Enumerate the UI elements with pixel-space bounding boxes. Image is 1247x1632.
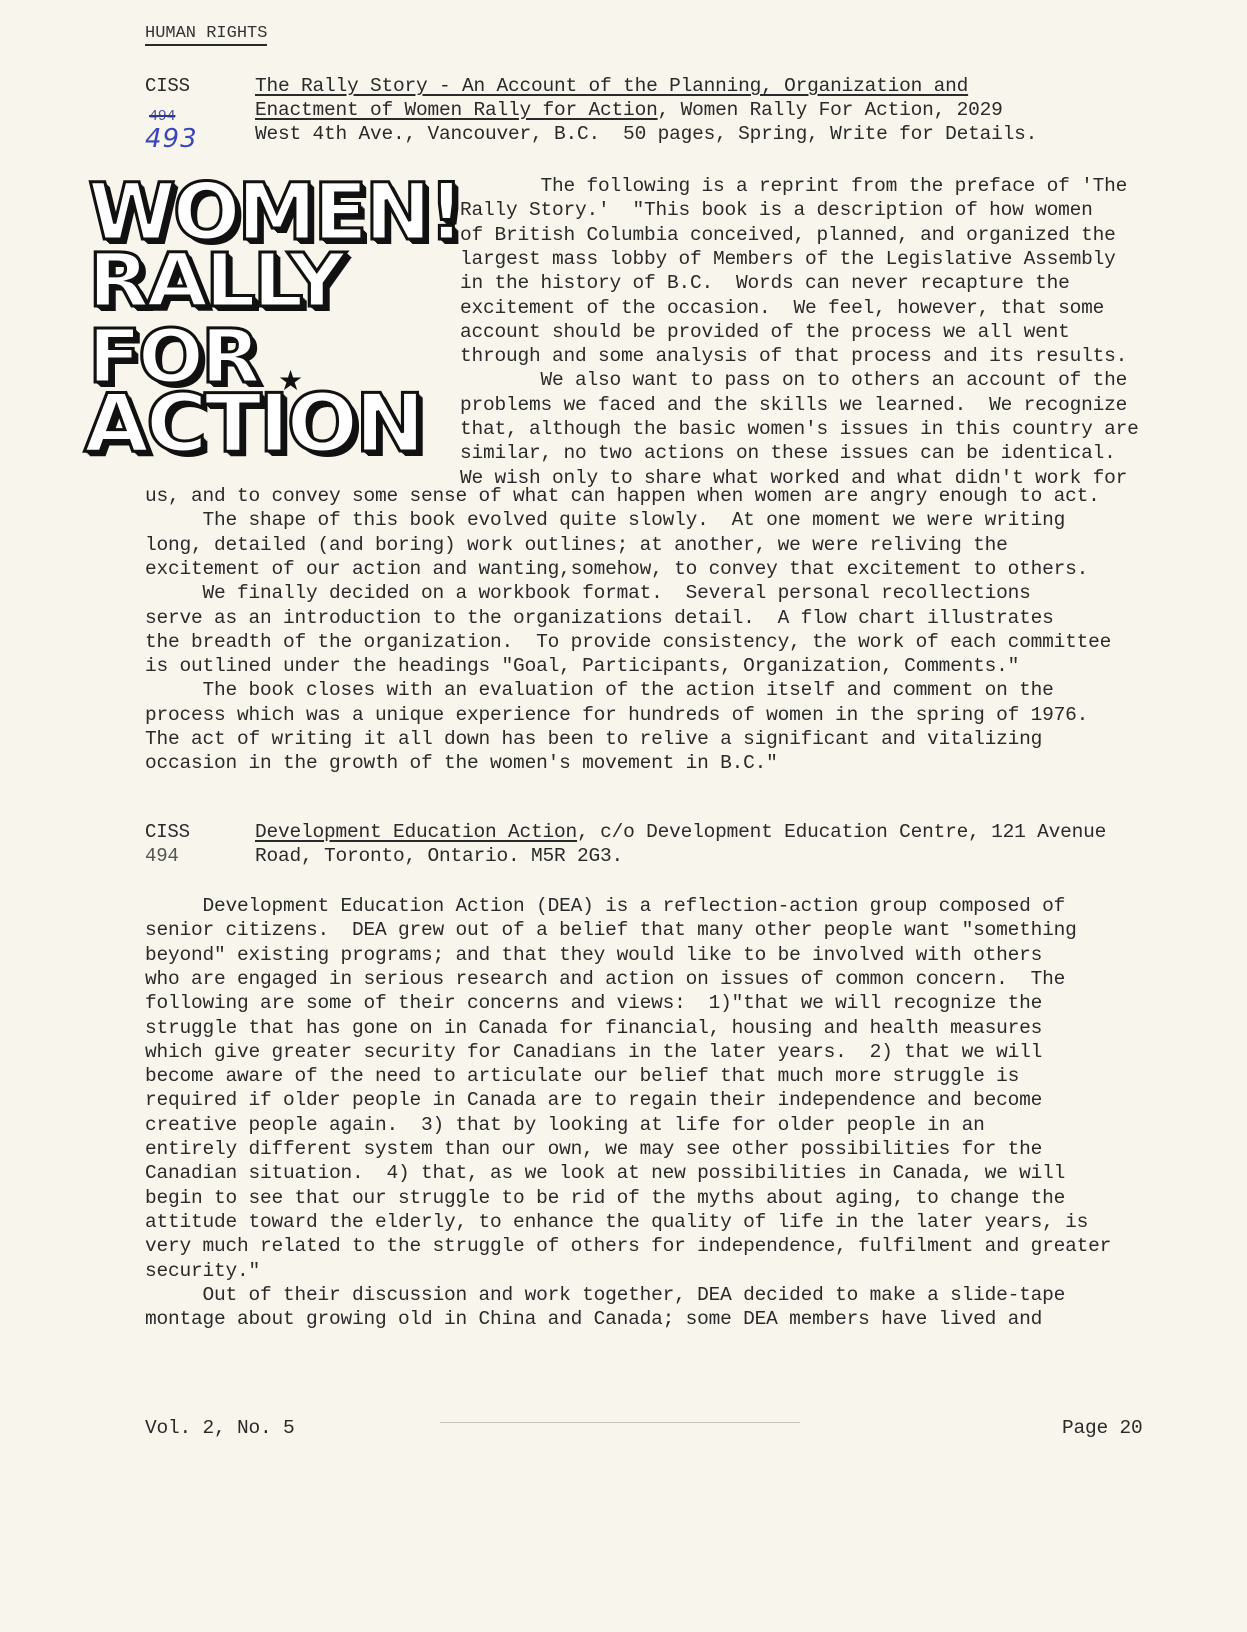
text-line: that, although the basic women's issues …	[460, 417, 1139, 441]
footer-page-number: Page 20	[1062, 1416, 1143, 1440]
entry2-number: 494	[145, 844, 179, 868]
logo-line: ACTION	[84, 384, 422, 464]
citation-line: Development Education Action, c/o Develo…	[255, 820, 1106, 844]
text-line: We also want to pass on to others an acc…	[460, 368, 1127, 392]
text-line: creative people again. 3) that by lookin…	[145, 1113, 985, 1137]
text-line: us, and to convey some sense of what can…	[145, 484, 1100, 508]
text-line: occasion in the growth of the women's mo…	[145, 751, 778, 775]
text-line: security."	[145, 1259, 260, 1283]
entry2-ciss-label: CISS	[145, 820, 190, 844]
text-line: senior citizens. DEA grew out of a belie…	[145, 918, 1077, 942]
text-line: beyond" existing programs; and that they…	[145, 943, 1042, 967]
citation-detail: West 4th Ave., Vancouver, B.C. 50 pages,…	[255, 123, 1037, 145]
citation-detail: , c/o Development Education Centre, 121 …	[577, 821, 1106, 843]
text-line: process which was a unique experience fo…	[145, 703, 1088, 727]
text-line: similar, no two actions on these issues …	[460, 441, 1116, 465]
text-line: required if older people in Canada are t…	[145, 1088, 1042, 1112]
text-line: entirely different system than our own, …	[145, 1137, 1042, 1161]
citation-line: The Rally Story - An Account of the Plan…	[255, 74, 968, 98]
citation-title: Development Education Action	[255, 821, 577, 843]
text-line: following are some of their concerns and…	[145, 991, 1042, 1015]
entry1-handwritten-number: 493	[145, 124, 198, 154]
document-page: HUMAN RIGHTS CISS 494 493 The Rally Stor…	[0, 0, 1247, 1632]
citation-detail: , Women Rally For Action, 2029	[658, 99, 1003, 121]
divider	[440, 1422, 800, 1423]
text-line: largest mass lobby of Members of the Leg…	[460, 247, 1116, 271]
text-line: We finally decided on a workbook format.…	[145, 581, 1031, 605]
text-line: begin to see that our struggle to be rid…	[145, 1186, 1065, 1210]
citation-line: Road, Toronto, Ontario. M5R 2G3.	[255, 844, 623, 868]
text-line: in the history of B.C. Words can never r…	[460, 271, 1070, 295]
text-line: Out of their discussion and work togethe…	[145, 1283, 1065, 1307]
text-line: very much related to the struggle of oth…	[145, 1234, 1111, 1258]
citation-line: West 4th Ave., Vancouver, B.C. 50 pages,…	[255, 122, 1037, 146]
text-line: serve as an introduction to the organiza…	[145, 606, 1054, 630]
text-line: struggle that has gone on in Canada for …	[145, 1016, 1042, 1040]
text-line: the breadth of the organization. To prov…	[145, 630, 1111, 654]
section-heading: HUMAN RIGHTS	[145, 22, 267, 46]
section-heading-text: HUMAN RIGHTS	[145, 24, 267, 46]
text-line: Development Education Action (DEA) is a …	[145, 894, 1065, 918]
text-line: excitement of the occasion. We feel, how…	[460, 296, 1104, 320]
text-line: Rally Story.' "This book is a descriptio…	[460, 198, 1093, 222]
text-line: become aware of the need to articulate o…	[145, 1064, 1019, 1088]
text-line: excitement of our action and wanting,som…	[145, 557, 1088, 581]
text-line: of British Columbia conceived, planned, …	[460, 223, 1116, 247]
footer-volume: Vol. 2, No. 5	[145, 1416, 295, 1440]
text-line: Canadian situation. 4) that, as we look …	[145, 1161, 1065, 1185]
entry1-ciss-label: CISS	[145, 74, 190, 98]
text-line: montage about growing old in China and C…	[145, 1307, 1042, 1331]
text-line: through and some analysis of that proces…	[460, 344, 1127, 368]
citation-title: Enactment of Women Rally for Action	[255, 99, 658, 121]
text-line: problems we faced and the skills we lear…	[460, 393, 1127, 417]
women-rally-for-action-logo: WOMEN! RALLY FOR ★ ACTION	[68, 172, 430, 472]
text-line: account should be provided of the proces…	[460, 320, 1070, 344]
text-line: who are engaged in serious research and …	[145, 967, 1065, 991]
text-line: long, detailed (and boring) work outline…	[145, 533, 1008, 557]
text-line: The shape of this book evolved quite slo…	[145, 508, 1065, 532]
text-line: is outlined under the headings "Goal, Pa…	[145, 654, 1019, 678]
text-line: The following is a reprint from the pref…	[460, 174, 1127, 198]
text-line: The act of writing it all down has been …	[145, 727, 1042, 751]
text-line: The book closes with an evaluation of th…	[145, 678, 1054, 702]
citation-line: Enactment of Women Rally for Action, Wom…	[255, 98, 1003, 122]
logo-line: RALLY	[88, 244, 342, 318]
text-line: which give greater security for Canadian…	[145, 1040, 1042, 1064]
citation-detail: Road, Toronto, Ontario. M5R 2G3.	[255, 845, 623, 867]
text-line: attitude toward the elderly, to enhance …	[145, 1210, 1088, 1234]
citation-title: The Rally Story - An Account of the Plan…	[255, 75, 968, 97]
